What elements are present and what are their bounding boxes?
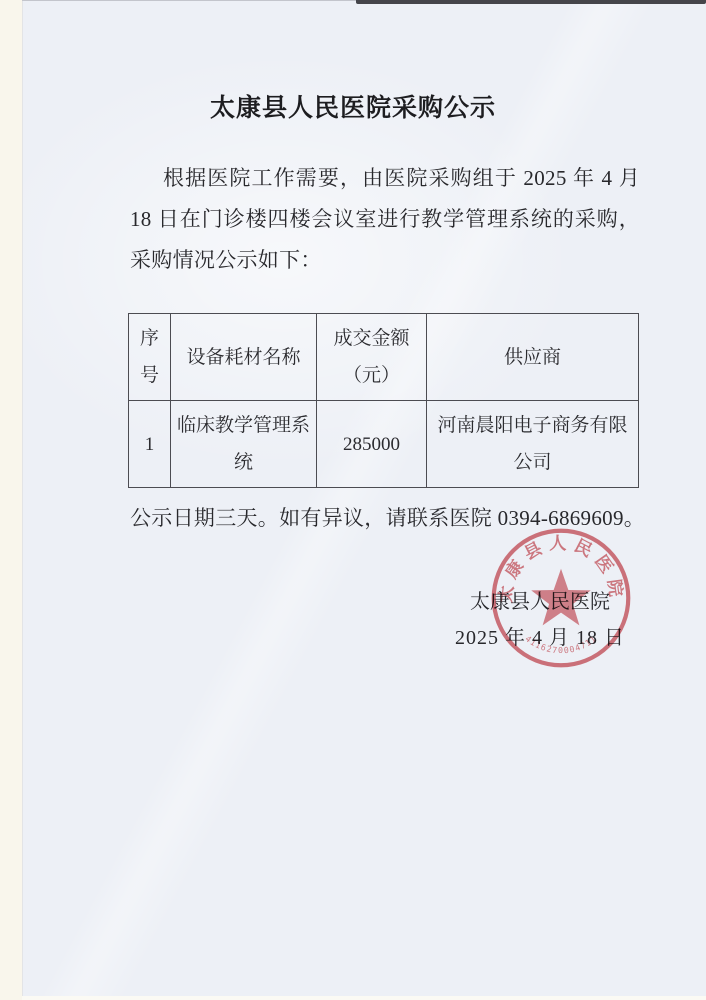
cell-amount: 285000 [317, 401, 427, 488]
cell-seq: 1 [129, 401, 171, 488]
header-item: 设备耗材名称 [171, 314, 317, 401]
body-paragraph: 根据医院工作需要，由医院采购组于 2025 年 4 月 18 日在门诊楼四楼会议… [130, 158, 640, 281]
scan-top-right-shadow [356, 0, 706, 4]
scan-bottom-edge [22, 996, 706, 1000]
table-header-row: 序号 设备耗材名称 成交金额（元） 供应商 [129, 314, 639, 401]
header-seq: 序号 [129, 314, 171, 401]
procurement-table: 序号 设备耗材名称 成交金额（元） 供应商 1 临床教学管理系统 285000 … [128, 313, 639, 488]
document-title: 太康县人民医院采购公示 [0, 88, 706, 124]
header-supplier: 供应商 [427, 314, 639, 401]
table-row: 1 临床教学管理系统 285000 河南晨阳电子商务有限公司 [129, 401, 639, 488]
scanned-document-page: 太康县人民医院采购公示 根据医院工作需要，由医院采购组于 2025 年 4 月 … [0, 0, 706, 1000]
signature-org: 太康县人民医院 [430, 584, 650, 620]
header-amount: 成交金额（元） [317, 314, 427, 401]
cell-item: 临床教学管理系统 [171, 401, 317, 488]
cell-supplier: 河南晨阳电子商务有限公司 [427, 401, 639, 488]
signature-block: 太康县人民医院 2025 年 4 月 18 日 [430, 584, 650, 656]
scan-left-edge [0, 0, 23, 1000]
signature-date: 2025 年 4 月 18 日 [430, 620, 650, 656]
notice-line: 公示日期三天。如有异议，请联系医院 0394-6869609。 [130, 502, 660, 532]
